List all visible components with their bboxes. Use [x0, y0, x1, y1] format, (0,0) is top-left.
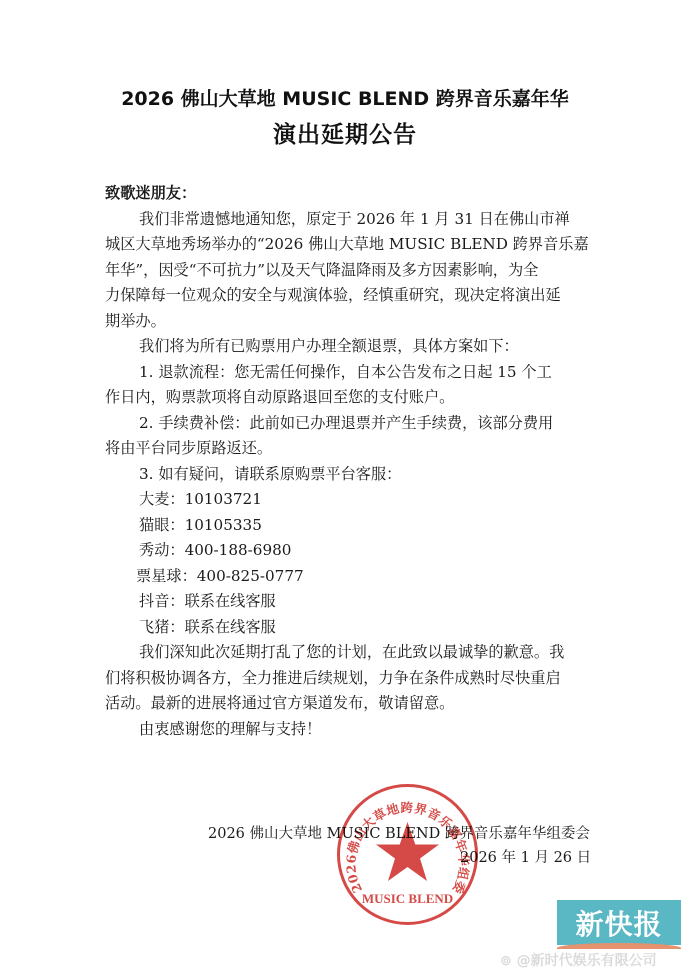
contact-maoyan: 猫眼：10105335 [105, 513, 588, 539]
letter-body: 致歌迷朋友： 我们非常遗憾地通知您，原定于 2026 年 1 月 31 日在佛山… [105, 181, 588, 742]
paragraph-3-line: 我们深知此次延期打乱了您的计划，在此致以最诚挚的歉意。我 [105, 640, 588, 666]
paragraph-1-line: 我们非常遗憾地通知您，原定于 2026 年 1 月 31 日在佛山市禅 [105, 207, 588, 233]
closing-line: 由衷感谢您的理解与支持！ [105, 717, 588, 743]
contact-xiudong: 秀动：400-188-6980 [105, 538, 588, 564]
refund-item-3: 3. 如有疑问，请联系原购票平台客服： [105, 462, 588, 488]
paragraph-1-line: 城区大草地秀场举办的“2026 佛山大草地 MUSIC BLEND 跨界音乐嘉 [105, 232, 588, 258]
paragraph-3-line: 们将积极协调各方，全力推进后续规划，力争在条件成熟时尽快重启 [105, 666, 588, 692]
newspaper-logo-text: 新快报 [557, 903, 681, 943]
salutation: 致歌迷朋友： [105, 181, 588, 207]
seal-bottom-text: MUSIC BLEND [362, 891, 453, 906]
contact-piaoxingqiu: 票星球：400-825-0777 [105, 564, 588, 590]
announcement-event-title: 2026 佛山大草地 MUSIC BLEND 跨界音乐嘉年华 [0, 84, 690, 111]
paragraph-2: 我们将为所有已购票用户办理全额退票，具体方案如下： [105, 334, 588, 360]
paragraph-1-line: 期举办。 [105, 309, 588, 335]
paragraph-3-line: 活动。最新的进展将通过官方渠道发布，敬请留意。 [105, 691, 588, 717]
announcement-title: 演出延期公告 [0, 116, 690, 149]
weibo-icon: ⊚ [500, 953, 517, 969]
official-seal-icon: 2026佛山大草地跨界音乐嘉年华组委会 MUSIC BLEND [335, 782, 480, 927]
refund-item-1: 1. 退款流程：您无需任何操作，自本公告发布之日起 15 个工 [105, 360, 588, 386]
refund-item-1-cont: 作日内，购票款项将自动原路退回至您的支付账户。 [105, 385, 588, 411]
contact-damai: 大麦：10103721 [105, 487, 588, 513]
paragraph-1-line: 力保障每一位观众的安全与观演体验，经慎重研究，现决定将演出延 [105, 283, 588, 309]
contact-feizhu: 飞猪：联系在线客服 [105, 615, 588, 641]
paragraph-1-line: 年华”，因受“不可抗力”以及天气降温降雨及多方因素影响，为全 [105, 258, 588, 284]
refund-item-2: 2. 手续费补偿：此前如已办理退票并产生手续费，该部分费用 [105, 411, 588, 437]
refund-item-2-cont: 将由平台同步原路返还。 [105, 436, 588, 462]
weibo-watermark: ⊚ @新时代娱乐有限公司 [500, 950, 657, 970]
contact-douyin: 抖音：联系在线客服 [105, 589, 588, 615]
watermark-text: @新时代娱乐有限公司 [517, 953, 657, 969]
newspaper-logo-stripe [557, 943, 681, 949]
